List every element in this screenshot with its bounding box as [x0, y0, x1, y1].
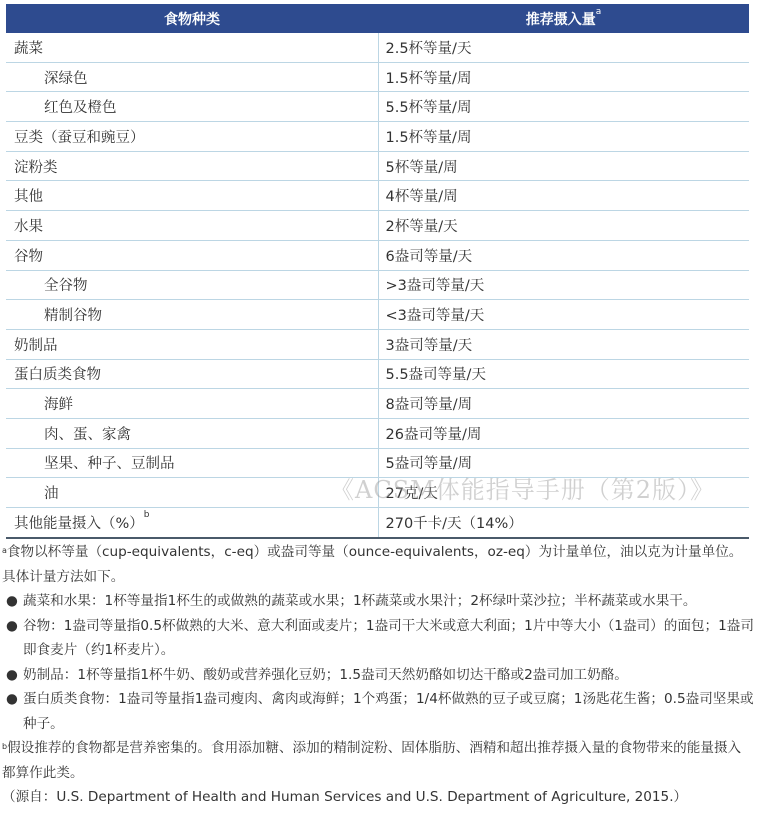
- recommended-intake-cell: 5杯等量/周: [378, 151, 749, 181]
- header-food-type: 食物种类: [6, 4, 378, 33]
- food-type-cell: 蔬菜: [6, 33, 378, 62]
- food-type-cell: 全谷物: [6, 270, 378, 300]
- food-type-cell: 奶制品: [6, 329, 378, 359]
- table-row: 蛋白质类食物5.5盎司等量/天: [6, 359, 749, 389]
- recommended-intake-cell: 2.5杯等量/天: [378, 33, 749, 62]
- header-recommended-intake: 推荐摄入量a: [378, 4, 749, 33]
- footnotes: a食物以杯等量（cup-equivalents，c-eq）或盎司等量（ounce…: [2, 540, 754, 810]
- footnote-b: b假设推荐的食物都是营养密集的。食用添加糖、添加的精制淀粉、固体脂肪、酒精和超出…: [2, 736, 754, 785]
- footnote-a: a食物以杯等量（cup-equivalents，c-eq）或盎司等量（ounce…: [2, 540, 754, 589]
- footnote-marker-a: a: [596, 7, 602, 17]
- table-row: 红色及橙色5.5杯等量/周: [6, 92, 749, 122]
- recommended-intake-cell: 5盎司等量/周: [378, 448, 749, 478]
- food-type-cell: 蛋白质类食物: [6, 359, 378, 389]
- table-row: 海鲜8盎司等量/周: [6, 389, 749, 419]
- recommended-intake-cell: >3盎司等量/天: [378, 270, 749, 300]
- food-type-cell: 水果: [6, 211, 378, 241]
- table-row: 油27克/天: [6, 478, 749, 508]
- food-type-cell: 其他能量摄入（%）b: [6, 508, 378, 538]
- food-type-cell: 谷物: [6, 240, 378, 270]
- recommended-intake-cell: 3盎司等量/天: [378, 329, 749, 359]
- table-row: 全谷物>3盎司等量/天: [6, 270, 749, 300]
- recommended-intake-cell: 2杯等量/天: [378, 211, 749, 241]
- recommended-intake-cell: 27克/天: [378, 478, 749, 508]
- bullet-protein: ●蛋白质类食物：1盎司等量指1盎司瘦肉、禽肉或海鲜；1个鸡蛋；1/4杯做熟的豆子…: [2, 687, 754, 736]
- recommended-intake-cell: 8盎司等量/周: [378, 389, 749, 419]
- footnote-marker-b: b: [144, 510, 150, 520]
- recommended-intake-cell: <3盎司等量/天: [378, 300, 749, 330]
- table-row: 其他4杯等量/周: [6, 181, 749, 211]
- recommended-intake-cell: 1.5杯等量/周: [378, 62, 749, 92]
- food-type-cell: 海鲜: [6, 389, 378, 419]
- recommended-intake-cell: 6盎司等量/天: [378, 240, 749, 270]
- food-type-cell: 精制谷物: [6, 300, 378, 330]
- recommended-intake-cell: 5.5杯等量/周: [378, 92, 749, 122]
- food-type-cell: 红色及橙色: [6, 92, 378, 122]
- recommended-intake-cell: 5.5盎司等量/天: [378, 359, 749, 389]
- table-row: 深绿色1.5杯等量/周: [6, 62, 749, 92]
- bullet-dot-icon: ●: [6, 687, 18, 712]
- table-row: 谷物6盎司等量/天: [6, 240, 749, 270]
- recommended-intake-cell: 4杯等量/周: [378, 181, 749, 211]
- table-row: 豆类（蚕豆和豌豆）1.5杯等量/周: [6, 122, 749, 152]
- recommended-intake-cell: 26盎司等量/周: [378, 418, 749, 448]
- recommended-intake-cell: 1.5杯等量/周: [378, 122, 749, 152]
- bullet-dot-icon: ●: [6, 589, 18, 614]
- bullet-dairy: ●奶制品：1杯等量指1杯牛奶、酸奶或营养强化豆奶；1.5盎司天然奶酪如切达干酪或…: [2, 663, 754, 688]
- recommended-intake-cell: 270千卡/天（14%）: [378, 508, 749, 538]
- food-type-cell: 油: [6, 478, 378, 508]
- bullet-dot-icon: ●: [6, 663, 18, 688]
- footnote-bullets: ●蔬菜和水果：1杯等量指1杯生的或做熟的蔬菜或水果；1杯蔬菜或水果汁；2杯绿叶菜…: [2, 589, 754, 736]
- food-type-cell: 淀粉类: [6, 151, 378, 181]
- source-citation: （源自：U.S. Department of Health and Human …: [2, 785, 754, 810]
- table-row: 蔬菜2.5杯等量/天: [6, 33, 749, 62]
- table-body: 蔬菜2.5杯等量/天深绿色1.5杯等量/周红色及橙色5.5杯等量/周豆类（蚕豆和…: [6, 33, 749, 538]
- table-row: 精制谷物<3盎司等量/天: [6, 300, 749, 330]
- food-type-cell: 豆类（蚕豆和豌豆）: [6, 122, 378, 152]
- food-type-cell: 其他: [6, 181, 378, 211]
- bullet-dot-icon: ●: [6, 614, 18, 639]
- recommended-intake-table-container: 食物种类 推荐摄入量a 蔬菜2.5杯等量/天深绿色1.5杯等量/周红色及橙色5.…: [6, 4, 749, 539]
- food-type-cell: 坚果、种子、豆制品: [6, 448, 378, 478]
- bullet-vegetables-fruits: ●蔬菜和水果：1杯等量指1杯生的或做熟的蔬菜或水果；1杯蔬菜或水果汁；2杯绿叶菜…: [2, 589, 754, 614]
- table-header-row: 食物种类 推荐摄入量a: [6, 4, 749, 33]
- bullet-grains: ●谷物：1盎司等量指0.5杯做熟的大米、意大利面或麦片；1盎司干大米或意大利面；…: [2, 614, 754, 663]
- table-row: 淀粉类5杯等量/周: [6, 151, 749, 181]
- food-type-cell: 肉、蛋、家禽: [6, 418, 378, 448]
- table-row: 肉、蛋、家禽26盎司等量/周: [6, 418, 749, 448]
- food-type-cell: 深绿色: [6, 62, 378, 92]
- table-row: 水果2杯等量/天: [6, 211, 749, 241]
- recommended-intake-table: 食物种类 推荐摄入量a 蔬菜2.5杯等量/天深绿色1.5杯等量/周红色及橙色5.…: [6, 4, 749, 539]
- table-row: 坚果、种子、豆制品5盎司等量/周: [6, 448, 749, 478]
- table-row: 奶制品3盎司等量/天: [6, 329, 749, 359]
- table-row: 其他能量摄入（%）b270千卡/天（14%）: [6, 508, 749, 538]
